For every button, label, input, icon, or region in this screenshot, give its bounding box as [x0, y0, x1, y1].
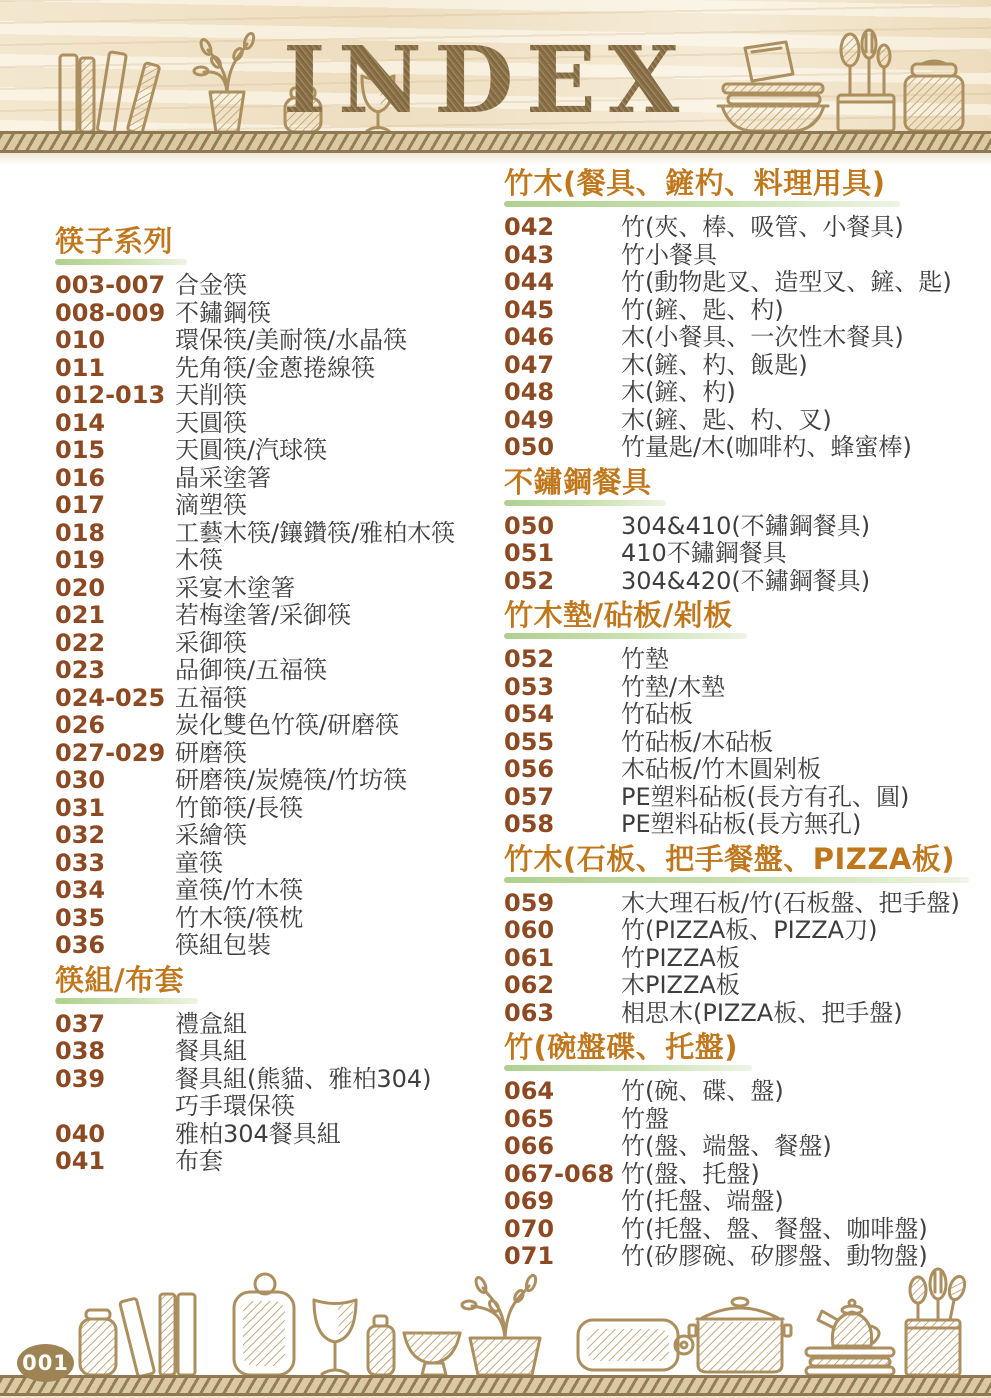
page-range: 039 — [55, 1066, 175, 1094]
footer-shelf — [0, 1375, 991, 1396]
page-range: 059 — [504, 890, 621, 918]
section-title-text: 筷組/布套 — [55, 963, 184, 997]
page-range: 031 — [55, 795, 175, 823]
index-row: 041布套 — [55, 1148, 501, 1176]
index-row: 008-009不鏽鋼筷 — [55, 300, 501, 328]
page-range: 061 — [504, 945, 621, 973]
item-label: 雅柏304餐具組 — [175, 1121, 341, 1149]
page-range: 016 — [55, 465, 175, 493]
footer-band: 001 — [0, 1248, 991, 1398]
item-label: 竹(盤、端盤、餐盤) — [621, 1133, 832, 1161]
item-label: 相思木(PIZZA板、把手盤) — [621, 1000, 903, 1028]
page-range: 032 — [55, 822, 175, 850]
canister-icon — [905, 61, 963, 131]
page-range: 008-009 — [55, 300, 175, 328]
index-row: 021若梅塗箸/采御筷 — [55, 602, 501, 630]
books-icon — [60, 52, 160, 134]
item-label: 竹(盤、托盤) — [621, 1161, 760, 1189]
index-row: 053竹墊/木墊 — [504, 674, 991, 702]
index-row: 024-025五福筷 — [55, 685, 501, 713]
index-row: 010環保筷/美耐筷/水晶筷 — [55, 327, 501, 355]
item-label: 環保筷/美耐筷/水晶筷 — [175, 327, 407, 355]
index-row: 037禮盒組 — [55, 1011, 501, 1039]
index-row: 033童筷 — [55, 850, 501, 878]
index-row: 030研磨筷/炭燒筷/竹坊筷 — [55, 767, 501, 795]
index-section: 筷子系列003-007合金筷008-009不鏽鋼筷010環保筷/美耐筷/水晶筷0… — [55, 226, 501, 960]
plant-vase-icon — [194, 32, 255, 132]
page-range: 027-029 — [55, 740, 175, 768]
item-label: 采繪筷 — [175, 822, 247, 850]
item-label: 童筷 — [175, 850, 223, 878]
index-row: 064竹(碗、碟、盤) — [504, 1078, 991, 1106]
item-label: PE塑料砧板(長方有孔、圓) — [621, 784, 909, 812]
page-range: 052 — [504, 646, 621, 674]
item-label: 竹小餐具 — [621, 242, 717, 270]
serving-board-icon — [578, 1320, 693, 1370]
stacked-dishes-icon — [718, 42, 828, 131]
item-label: 竹(托盤、端盤) — [621, 1188, 784, 1216]
page-range: 012-013 — [55, 382, 175, 410]
item-label: 木筷 — [175, 547, 223, 575]
books-icon — [120, 1294, 195, 1377]
index-row: 047木(鏟、杓、飯匙) — [504, 352, 991, 380]
index-row: 065竹盤 — [504, 1106, 991, 1134]
section-underline — [55, 998, 198, 1004]
index-column-left: 筷子系列003-007合金筷008-009不鏽鋼筷010環保筷/美耐筷/水晶筷0… — [55, 226, 501, 1176]
header-shelf — [0, 131, 991, 153]
index-row: 017滴塑筷 — [55, 492, 501, 520]
index-row: 026炭化雙色竹筷/研磨筷 — [55, 712, 501, 740]
page-range: 056 — [504, 756, 621, 784]
item-label: 餐具組 — [175, 1038, 247, 1066]
page-range: 058 — [504, 811, 621, 839]
page-range: 050 — [504, 434, 621, 462]
page-range: 043 — [504, 242, 621, 270]
cooking-pot-icon — [689, 1298, 791, 1372]
index-row: 066竹(盤、端盤、餐盤) — [504, 1133, 991, 1161]
page-range: 042 — [504, 214, 621, 242]
page-range: 051 — [504, 540, 621, 568]
index-row: 034童筷/竹木筷 — [55, 877, 501, 905]
section-underline — [504, 500, 666, 506]
item-label: 布套 — [175, 1148, 223, 1176]
item-label: 木PIZZA板 — [621, 972, 740, 1000]
page-range: 055 — [504, 729, 621, 757]
index-row: 020采宴木塗箸 — [55, 575, 501, 603]
page-range: 035 — [55, 905, 175, 933]
index-row: 054竹砧板 — [504, 701, 991, 729]
wine-glass-icon — [314, 1300, 356, 1374]
item-label: 研磨筷 — [175, 740, 247, 768]
page-range: 011 — [55, 355, 175, 383]
page-range: 033 — [55, 850, 175, 878]
index-row: 052竹墊 — [504, 646, 991, 674]
item-label: 竹盤 — [621, 1106, 669, 1134]
item-label: 竹PIZZA板 — [621, 945, 740, 973]
page-range: 023 — [55, 657, 175, 685]
section-title-text: 竹木(餐具、鏟杓、料理用具) — [504, 166, 886, 200]
index-row: 035竹木筷/筷枕 — [55, 905, 501, 933]
page-range: 066 — [504, 1133, 621, 1161]
index-row: 057PE塑料砧板(長方有孔、圓) — [504, 784, 991, 812]
section-title: 竹木(餐具、鏟杓、料理用具) — [504, 168, 886, 207]
page-range: 041 — [55, 1148, 175, 1176]
index-row: 039餐具組(熊貓、雅柏304) — [55, 1066, 501, 1094]
page-range: 049 — [504, 407, 621, 435]
header-band: INDEX — [0, 0, 991, 162]
item-label: 品御筷/五福筷 — [175, 657, 327, 685]
index-section: 竹木(餐具、鏟杓、料理用具)042竹(夾、棒、吸管、小餐具)043竹小餐具044… — [504, 168, 991, 462]
index-row: 060竹(PIZZA板、PIZZA刀) — [504, 917, 991, 945]
index-row: 062木PIZZA板 — [504, 972, 991, 1000]
item-label: 不鏽鋼筷 — [175, 300, 271, 328]
page-number-badge: 001 — [17, 1344, 74, 1382]
jar-icon — [80, 1310, 116, 1375]
index-row: 061竹PIZZA板 — [504, 945, 991, 973]
index-row: 044竹(動物匙叉、造型叉、鏟、匙) — [504, 269, 991, 297]
section-underline — [504, 201, 900, 207]
section-title: 竹木(石板、把手餐盤、PIZZA板) — [504, 844, 955, 883]
page-range: 044 — [504, 269, 621, 297]
page-range: 070 — [504, 1216, 621, 1244]
index-row: 015天圓筷/汽球筷 — [55, 437, 501, 465]
page-range: 038 — [55, 1038, 175, 1066]
page-range: 036 — [55, 932, 175, 960]
item-label: 木(鏟、杓) — [621, 379, 736, 407]
index-row: 049木(鏟、匙、杓、叉) — [504, 407, 991, 435]
page-range: 053 — [504, 674, 621, 702]
index-row: 011先角筷/金蔥捲線筷 — [55, 355, 501, 383]
item-label: 410不鏽鋼餐具 — [621, 540, 787, 568]
item-label: 工藝木筷/鑲鑽筷/雅柏木筷 — [175, 520, 455, 548]
section-title: 筷子系列 — [55, 226, 173, 265]
item-label: 竹墊 — [621, 646, 669, 674]
bottle-icon — [368, 1316, 394, 1375]
index-row: 050304&410(不鏽鋼餐具) — [504, 513, 991, 541]
page-range: 021 — [55, 602, 175, 630]
index-row: 018工藝木筷/鑲鑽筷/雅柏木筷 — [55, 520, 501, 548]
index-row: 022采御筷 — [55, 630, 501, 658]
paddle-board-icon — [234, 1274, 294, 1375]
page-range: 047 — [504, 352, 621, 380]
item-label: 巧手環保筷 — [175, 1093, 295, 1121]
page-range: 057 — [504, 784, 621, 812]
item-label: 餐具組(熊貓、雅柏304) — [175, 1066, 432, 1094]
item-label: 竹砧板 — [621, 701, 693, 729]
index-section: 不鏽鋼餐具050304&410(不鏽鋼餐具)051410不鏽鋼餐具052304&… — [504, 462, 991, 596]
index-row: 067-068竹(盤、托盤) — [504, 1161, 991, 1189]
item-label: PE塑料砧板(長方無孔) — [621, 811, 861, 839]
index-column-right: 竹木(餐具、鏟杓、料理用具)042竹(夾、棒、吸管、小餐具)043竹小餐具044… — [504, 168, 991, 1271]
item-label: 木大理石板/竹(石板盤、把手盤) — [621, 890, 960, 918]
page-range: 046 — [504, 324, 621, 352]
item-label: 滴塑筷 — [175, 492, 247, 520]
index-row: 003-007合金筷 — [55, 272, 501, 300]
index-row: 巧手環保筷 — [55, 1093, 501, 1121]
item-label: 筷組包裝 — [175, 932, 271, 960]
section-underline — [504, 633, 747, 639]
index-section: 竹木(石板、把手餐盤、PIZZA板)059木大理石板/竹(石板盤、把手盤)060… — [504, 839, 991, 1028]
page-range: 064 — [504, 1078, 621, 1106]
page-range: 014 — [55, 410, 175, 438]
section-underline — [504, 877, 969, 883]
page-range: 045 — [504, 297, 621, 325]
teapot-plates-icon — [806, 1300, 894, 1375]
page-range: 018 — [55, 520, 175, 548]
page-range: 020 — [55, 575, 175, 603]
item-label: 炭化雙色竹筷/研磨筷 — [175, 712, 399, 740]
index-row: 038餐具組 — [55, 1038, 501, 1066]
index-row: 027-029研磨筷 — [55, 740, 501, 768]
item-label: 竹砧板/木砧板 — [621, 729, 773, 757]
page-range: 067-068 — [504, 1161, 621, 1189]
bowl-icon — [404, 1333, 460, 1375]
page-range: 069 — [504, 1188, 621, 1216]
plant-pot-icon — [462, 1274, 540, 1375]
index-row: 032采繪筷 — [55, 822, 501, 850]
item-label: 竹節筷/長筷 — [175, 795, 303, 823]
utensil-cup-icon — [838, 30, 894, 131]
page-range: 052 — [504, 568, 621, 596]
item-label: 天削筷 — [175, 382, 247, 410]
index-title: INDEX — [283, 34, 691, 126]
section-title: 筷組/布套 — [55, 965, 184, 1004]
index-row: 023品御筷/五福筷 — [55, 657, 501, 685]
index-row: 050竹量匙/木(咖啡杓、蜂蜜棒) — [504, 434, 991, 462]
utensil-holder-icon — [906, 1269, 967, 1375]
item-label: 采御筷 — [175, 630, 247, 658]
page-range: 040 — [55, 1121, 175, 1149]
header-shelf-shadow — [0, 153, 991, 165]
item-label: 五福筷 — [175, 685, 247, 713]
item-label: 竹量匙/木(咖啡杓、蜂蜜棒) — [621, 434, 912, 462]
index-row: 059木大理石板/竹(石板盤、把手盤) — [504, 890, 991, 918]
item-label: 竹(動物匙叉、造型叉、鏟、匙) — [621, 269, 952, 297]
item-label: 研磨筷/炭燒筷/竹坊筷 — [175, 767, 407, 795]
page-range: 060 — [504, 917, 621, 945]
section-title-text: 不鏽鋼餐具 — [504, 465, 652, 499]
index-row: 056木砧板/竹木圓剁板 — [504, 756, 991, 784]
section-title-text: 竹木(石板、把手餐盤、PIZZA板) — [504, 842, 955, 876]
page-range: 065 — [504, 1106, 621, 1134]
index-row: 051410不鏽鋼餐具 — [504, 540, 991, 568]
index-row: 014天圓筷 — [55, 410, 501, 438]
index-row: 063相思木(PIZZA板、把手盤) — [504, 1000, 991, 1028]
index-row: 048木(鏟、杓) — [504, 379, 991, 407]
index-row: 070竹(托盤、盤、餐盤、咖啡盤) — [504, 1216, 991, 1244]
page-range: 050 — [504, 513, 621, 541]
index-row: 019木筷 — [55, 547, 501, 575]
item-label: 竹墊/木墊 — [621, 674, 725, 702]
item-label: 木砧板/竹木圓剁板 — [621, 756, 821, 784]
page-range: 048 — [504, 379, 621, 407]
section-title: 不鏽鋼餐具 — [504, 467, 652, 506]
page-range: 062 — [504, 972, 621, 1000]
item-label: 304&410(不鏽鋼餐具) — [621, 513, 870, 541]
index-row: 052304&420(不鏽鋼餐具) — [504, 568, 991, 596]
page-range: 030 — [55, 767, 175, 795]
index-row: 036筷組包裝 — [55, 932, 501, 960]
index-row: 055竹砧板/木砧板 — [504, 729, 991, 757]
item-label: 木(小餐具、一次性木餐具) — [621, 324, 904, 352]
item-label: 木(鏟、杓、飯匙) — [621, 352, 808, 380]
page-range: 034 — [55, 877, 175, 905]
index-section: 筷組/布套037禮盒組038餐具組039餐具組(熊貓、雅柏304)巧手環保筷04… — [55, 960, 501, 1176]
item-label: 竹(PIZZA板、PIZZA刀) — [621, 917, 877, 945]
section-underline — [55, 259, 187, 265]
item-label: 304&420(不鏽鋼餐具) — [621, 568, 870, 596]
page-range: 026 — [55, 712, 175, 740]
page-range: 019 — [55, 547, 175, 575]
index-row: 043竹小餐具 — [504, 242, 991, 270]
page-range: 015 — [55, 437, 175, 465]
index-row: 058PE塑料砧板(長方無孔) — [504, 811, 991, 839]
section-title-text: 筷子系列 — [55, 224, 173, 258]
index-row: 040雅柏304餐具組 — [55, 1121, 501, 1149]
item-label: 采宴木塗箸 — [175, 575, 295, 603]
index-row: 016晶采塗箸 — [55, 465, 501, 493]
page-range: 037 — [55, 1011, 175, 1039]
catalog-index-page: INDEX 筷子系列003-007合金筷008-009不鏽鋼筷010環保筷/美耐… — [0, 0, 991, 1398]
index-row: 046木(小餐具、一次性木餐具) — [504, 324, 991, 352]
item-label: 竹木筷/筷枕 — [175, 905, 303, 933]
item-label: 竹(夾、棒、吸管、小餐具) — [621, 214, 904, 242]
index-row: 042竹(夾、棒、吸管、小餐具) — [504, 214, 991, 242]
item-label: 竹(碗、碟、盤) — [621, 1078, 784, 1106]
item-label: 童筷/竹木筷 — [175, 877, 303, 905]
item-label: 若梅塗箸/采御筷 — [175, 602, 351, 630]
page-range: 010 — [55, 327, 175, 355]
section-title: 竹(碗盤碟、托盤) — [504, 1032, 738, 1071]
index-row: 012-013天削筷 — [55, 382, 501, 410]
item-label: 木(鏟、匙、杓、叉) — [621, 407, 832, 435]
page-range: 024-025 — [55, 685, 175, 713]
index-row: 031竹節筷/長筷 — [55, 795, 501, 823]
page-range: 054 — [504, 701, 621, 729]
page-range: 017 — [55, 492, 175, 520]
item-label: 天圓筷/汽球筷 — [175, 437, 327, 465]
item-label: 竹(鏟、匙、杓) — [621, 297, 784, 325]
section-title-text: 竹(碗盤碟、托盤) — [504, 1030, 738, 1064]
item-label: 晶采塗箸 — [175, 465, 271, 493]
item-label: 天圓筷 — [175, 410, 247, 438]
item-label: 竹(托盤、盤、餐盤、咖啡盤) — [621, 1216, 928, 1244]
item-label: 合金筷 — [175, 272, 247, 300]
page-range: 063 — [504, 1000, 621, 1028]
index-row: 069竹(托盤、端盤) — [504, 1188, 991, 1216]
page-range: 003-007 — [55, 272, 175, 300]
section-title: 竹木墊/砧板/剁板 — [504, 600, 733, 639]
section-title-text: 竹木墊/砧板/剁板 — [504, 598, 733, 632]
item-label: 禮盒組 — [175, 1011, 247, 1039]
index-section: 竹(碗盤碟、托盤)064竹(碗、碟、盤)065竹盤066竹(盤、端盤、餐盤)06… — [504, 1027, 991, 1271]
page-range: 022 — [55, 630, 175, 658]
index-section: 竹木墊/砧板/剁板052竹墊053竹墊/木墊054竹砧板055竹砧板/木砧板05… — [504, 595, 991, 839]
item-label: 先角筷/金蔥捲線筷 — [175, 355, 375, 383]
section-underline — [504, 1065, 752, 1071]
index-row: 045竹(鏟、匙、杓) — [504, 297, 991, 325]
